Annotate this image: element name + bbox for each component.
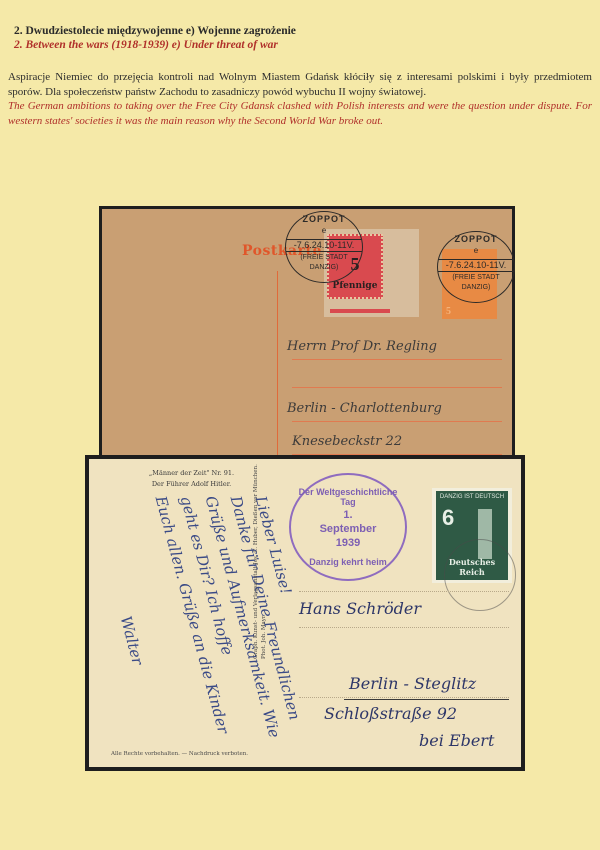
recipient-city: Berlin - Steglitz	[349, 674, 476, 693]
picture-caption: „Männer der Zeit" Nr. 91. Der Führer Ado…	[109, 468, 274, 490]
heading-english: 2. Between the wars (1918-1939) e) Under…	[14, 38, 296, 52]
rights-footer: Alle Rechte vorbehalten. — Nachdruck ver…	[111, 751, 248, 757]
description-english: The German ambitions to taking over the …	[8, 100, 592, 127]
postcard-hitler-1939: „Männer der Zeit" Nr. 91. Der Führer Ado…	[85, 455, 525, 771]
address-line-1: Herrn Prof Dr. Regling	[287, 339, 437, 354]
imprinted-stamp-value: 5	[446, 306, 451, 317]
recipient-name: Hans Schröder	[299, 599, 421, 618]
selvage-bar	[330, 309, 390, 313]
publisher-imprint: Graph. Kunst- und Verlagsanstalt Jos. C.…	[252, 479, 268, 659]
address-line-3: Knesebeckstr 22	[292, 434, 402, 449]
recipient-street: Schloßstraße 92	[324, 704, 457, 723]
postmark-right: ZOPPOT e -7.6.24.10-11V. (FREIE STADT DA…	[437, 231, 515, 303]
description-polish: Aspiracje Niemiec do przejęcia kontroli …	[8, 71, 592, 98]
postcard-zoppot-1924: Postkarte 5 Pfennige 5 ZOPPOT e -7.6.24.…	[99, 206, 515, 462]
address-line-2: Berlin - Charlottenburg	[287, 401, 442, 416]
commemorative-cancel: Der Weltgeschichtliche Tag 1. September …	[289, 473, 407, 581]
exhibit-description: Aspiracje Niemiec do przejęcia kontroli …	[8, 70, 592, 128]
postmark-left: ZOPPOT e -7.6.24.10-11V. (FREIE STADT DA…	[285, 211, 363, 283]
stamp-cancel	[444, 539, 516, 611]
overprint-text: Pfennige	[329, 281, 381, 291]
heading-polish: 2. Dwudziestolecie międzywojenne e) Woje…	[14, 24, 296, 38]
recipient-care-of: bei Ebert	[419, 731, 494, 750]
postcard-divider	[277, 271, 278, 461]
exhibit-heading: 2. Dwudziestolecie międzywojenne e) Woje…	[14, 24, 296, 52]
